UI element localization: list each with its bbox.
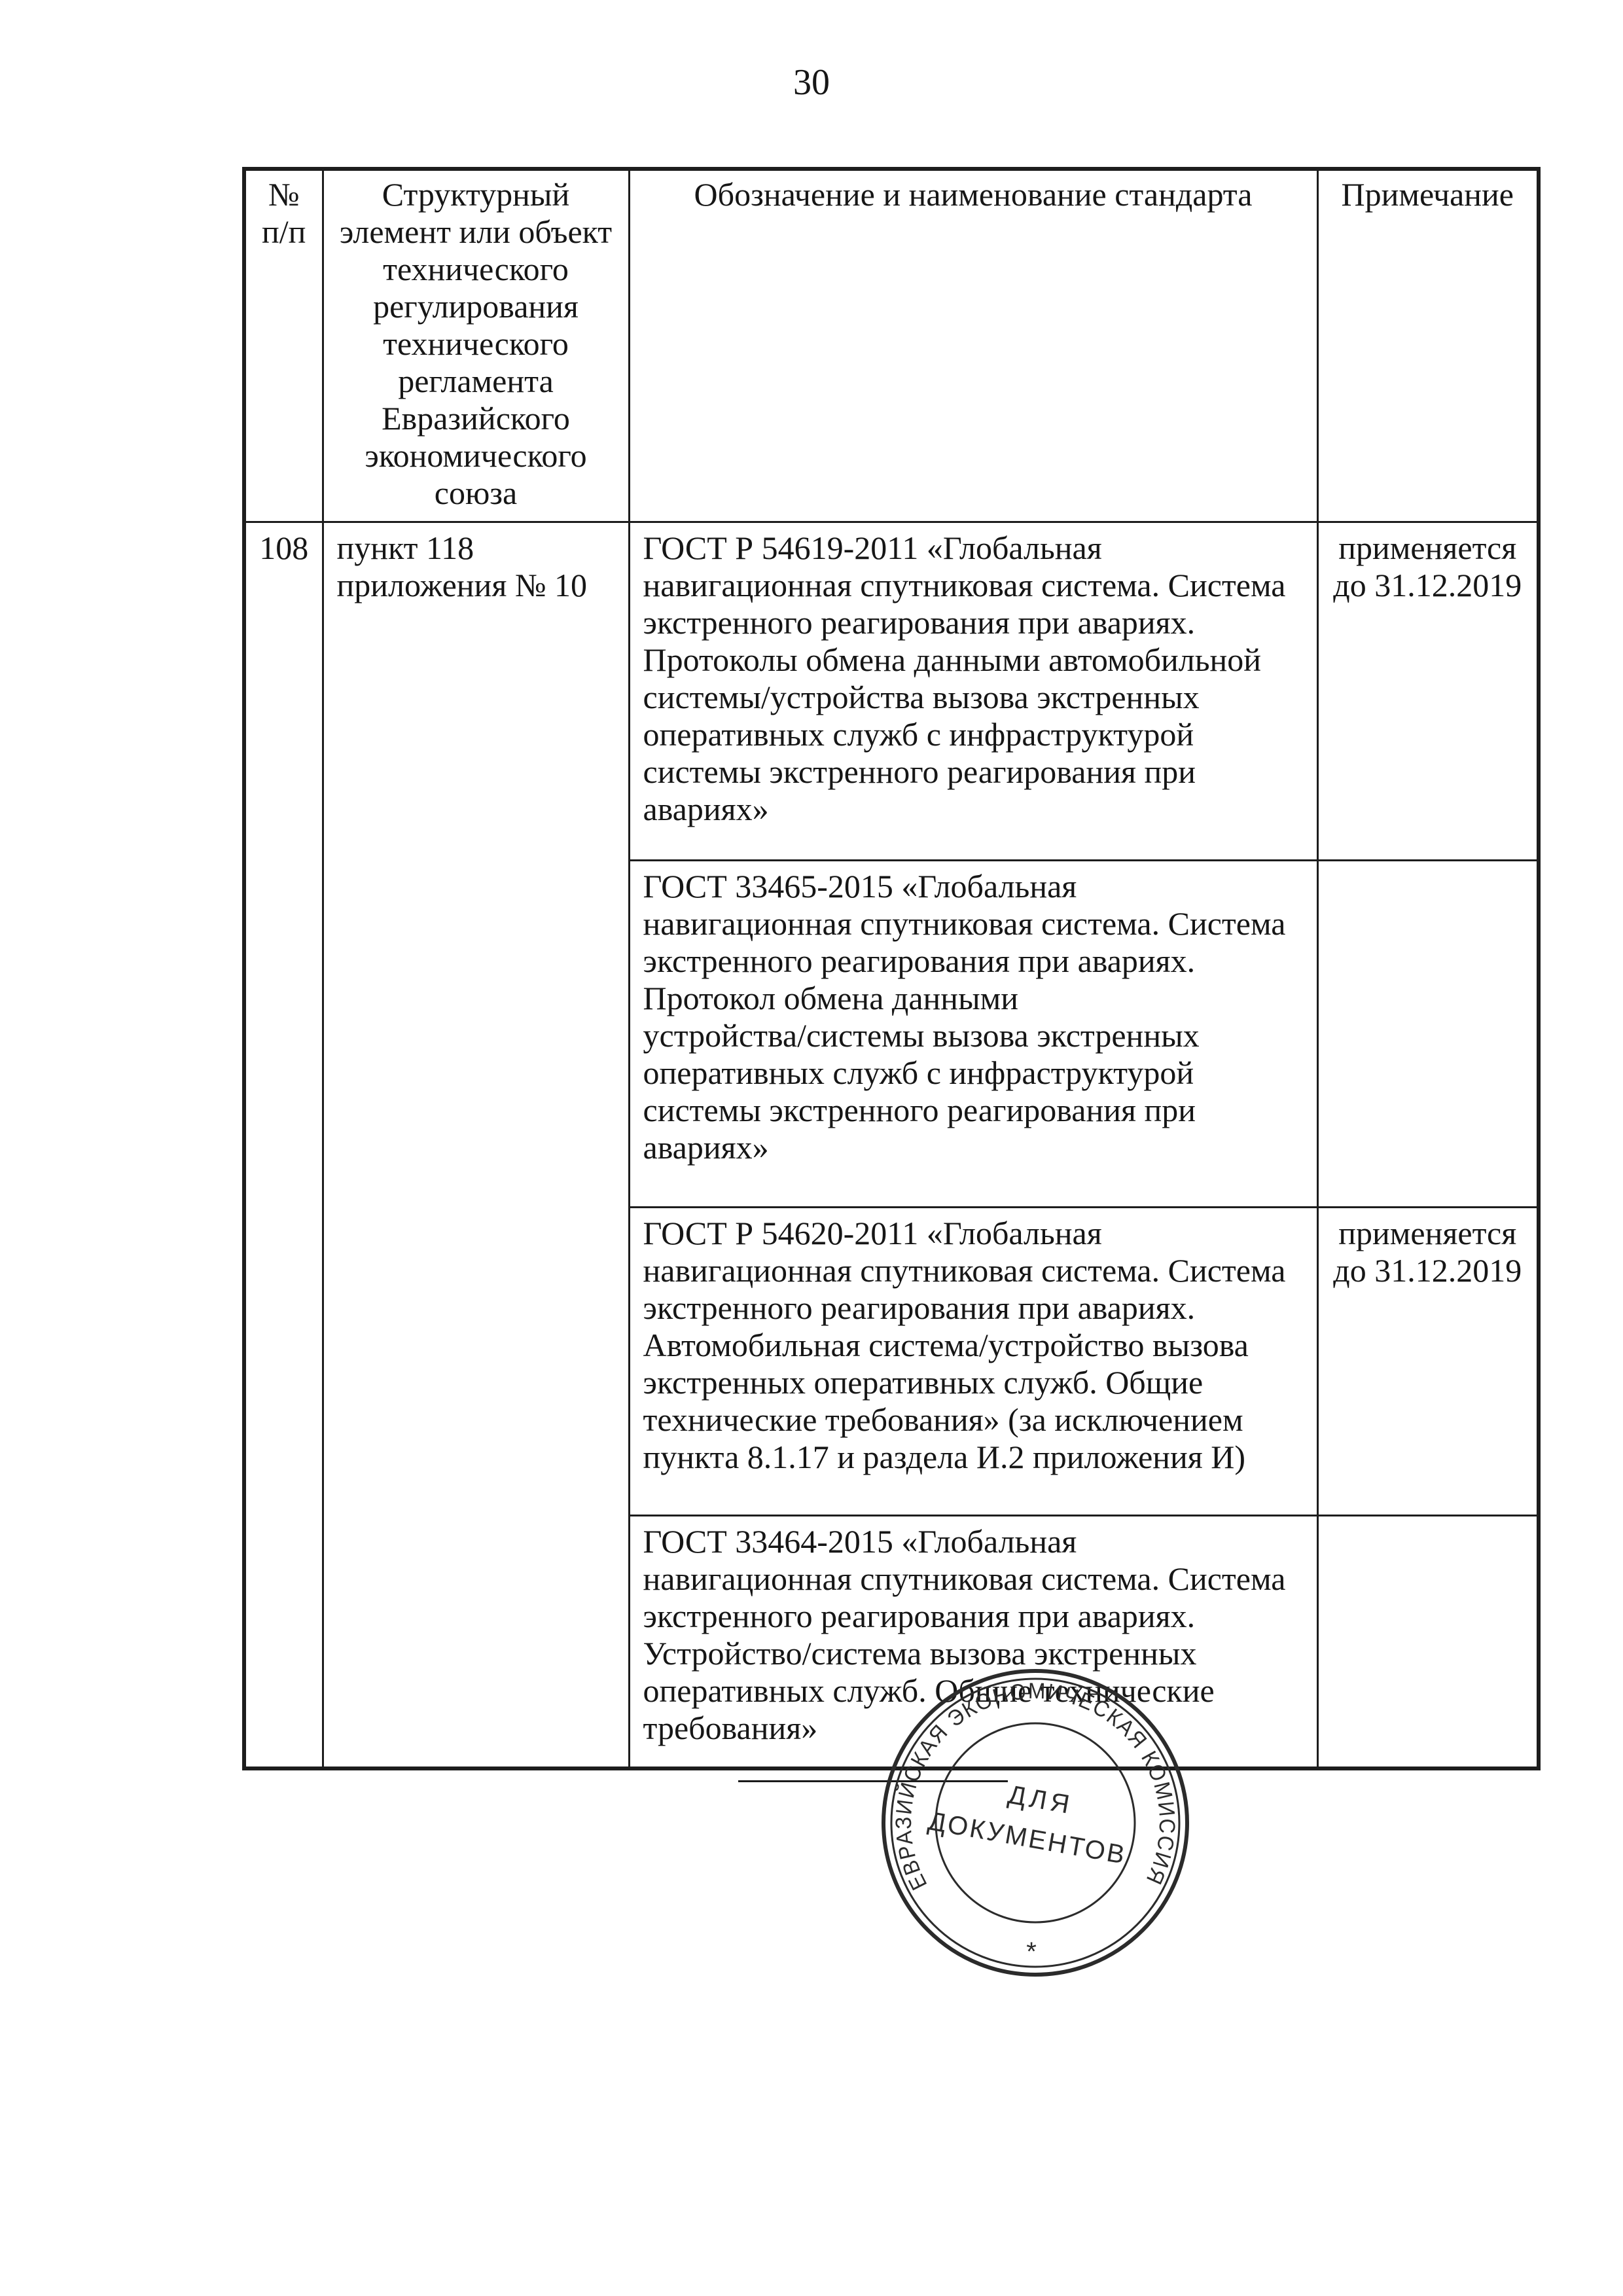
- note-cell: [1317, 861, 1539, 1208]
- column-header-num: № п/п: [244, 169, 323, 522]
- column-header-standard: Обозначение и наименование стандарта: [629, 169, 1317, 522]
- stamp-star-icon: *: [1026, 1937, 1037, 1966]
- note-cell: [1317, 1516, 1539, 1769]
- note-cell: применяется до 31.12.2019: [1317, 1208, 1539, 1516]
- official-stamp-icon: ЕВРАЗИЙСКАЯ ЭКОНОМИЧЕСКАЯ КОМИССИЯ * ДЛЯ…: [878, 1666, 1192, 1980]
- note-cell: применяется до 31.12.2019: [1317, 522, 1539, 861]
- stamp-center-line1: ДЛЯ: [1006, 1780, 1075, 1820]
- standards-table: № п/п Структурный элемент или объект тех…: [242, 167, 1541, 1770]
- column-header-note: Примечание: [1317, 169, 1539, 522]
- column-header-element: Структурный элемент или объект техническ…: [323, 169, 629, 522]
- stamp-center-text: ДЛЯ ДОКУМЕНТОВ: [926, 1767, 1135, 1870]
- element-cell: пункт 118 приложения № 10: [323, 522, 629, 1769]
- page-number: 30: [0, 63, 1623, 102]
- standard-cell: ГОСТ Р 54620-2011 «Глобальная навигацион…: [629, 1208, 1317, 1516]
- row-number-cell: 108: [244, 522, 323, 1769]
- table-header-row: № п/п Структурный элемент или объект тех…: [244, 169, 1539, 522]
- standard-cell: ГОСТ 33465-2015 «Глобальная навигационна…: [629, 861, 1317, 1208]
- table-row: 108 пункт 118 приложения № 10 ГОСТ Р 546…: [244, 522, 1539, 861]
- stamp-center-line2: ДОКУМЕНТОВ: [926, 1806, 1129, 1870]
- standard-cell: ГОСТ Р 54619-2011 «Глобальная навигацион…: [629, 522, 1317, 861]
